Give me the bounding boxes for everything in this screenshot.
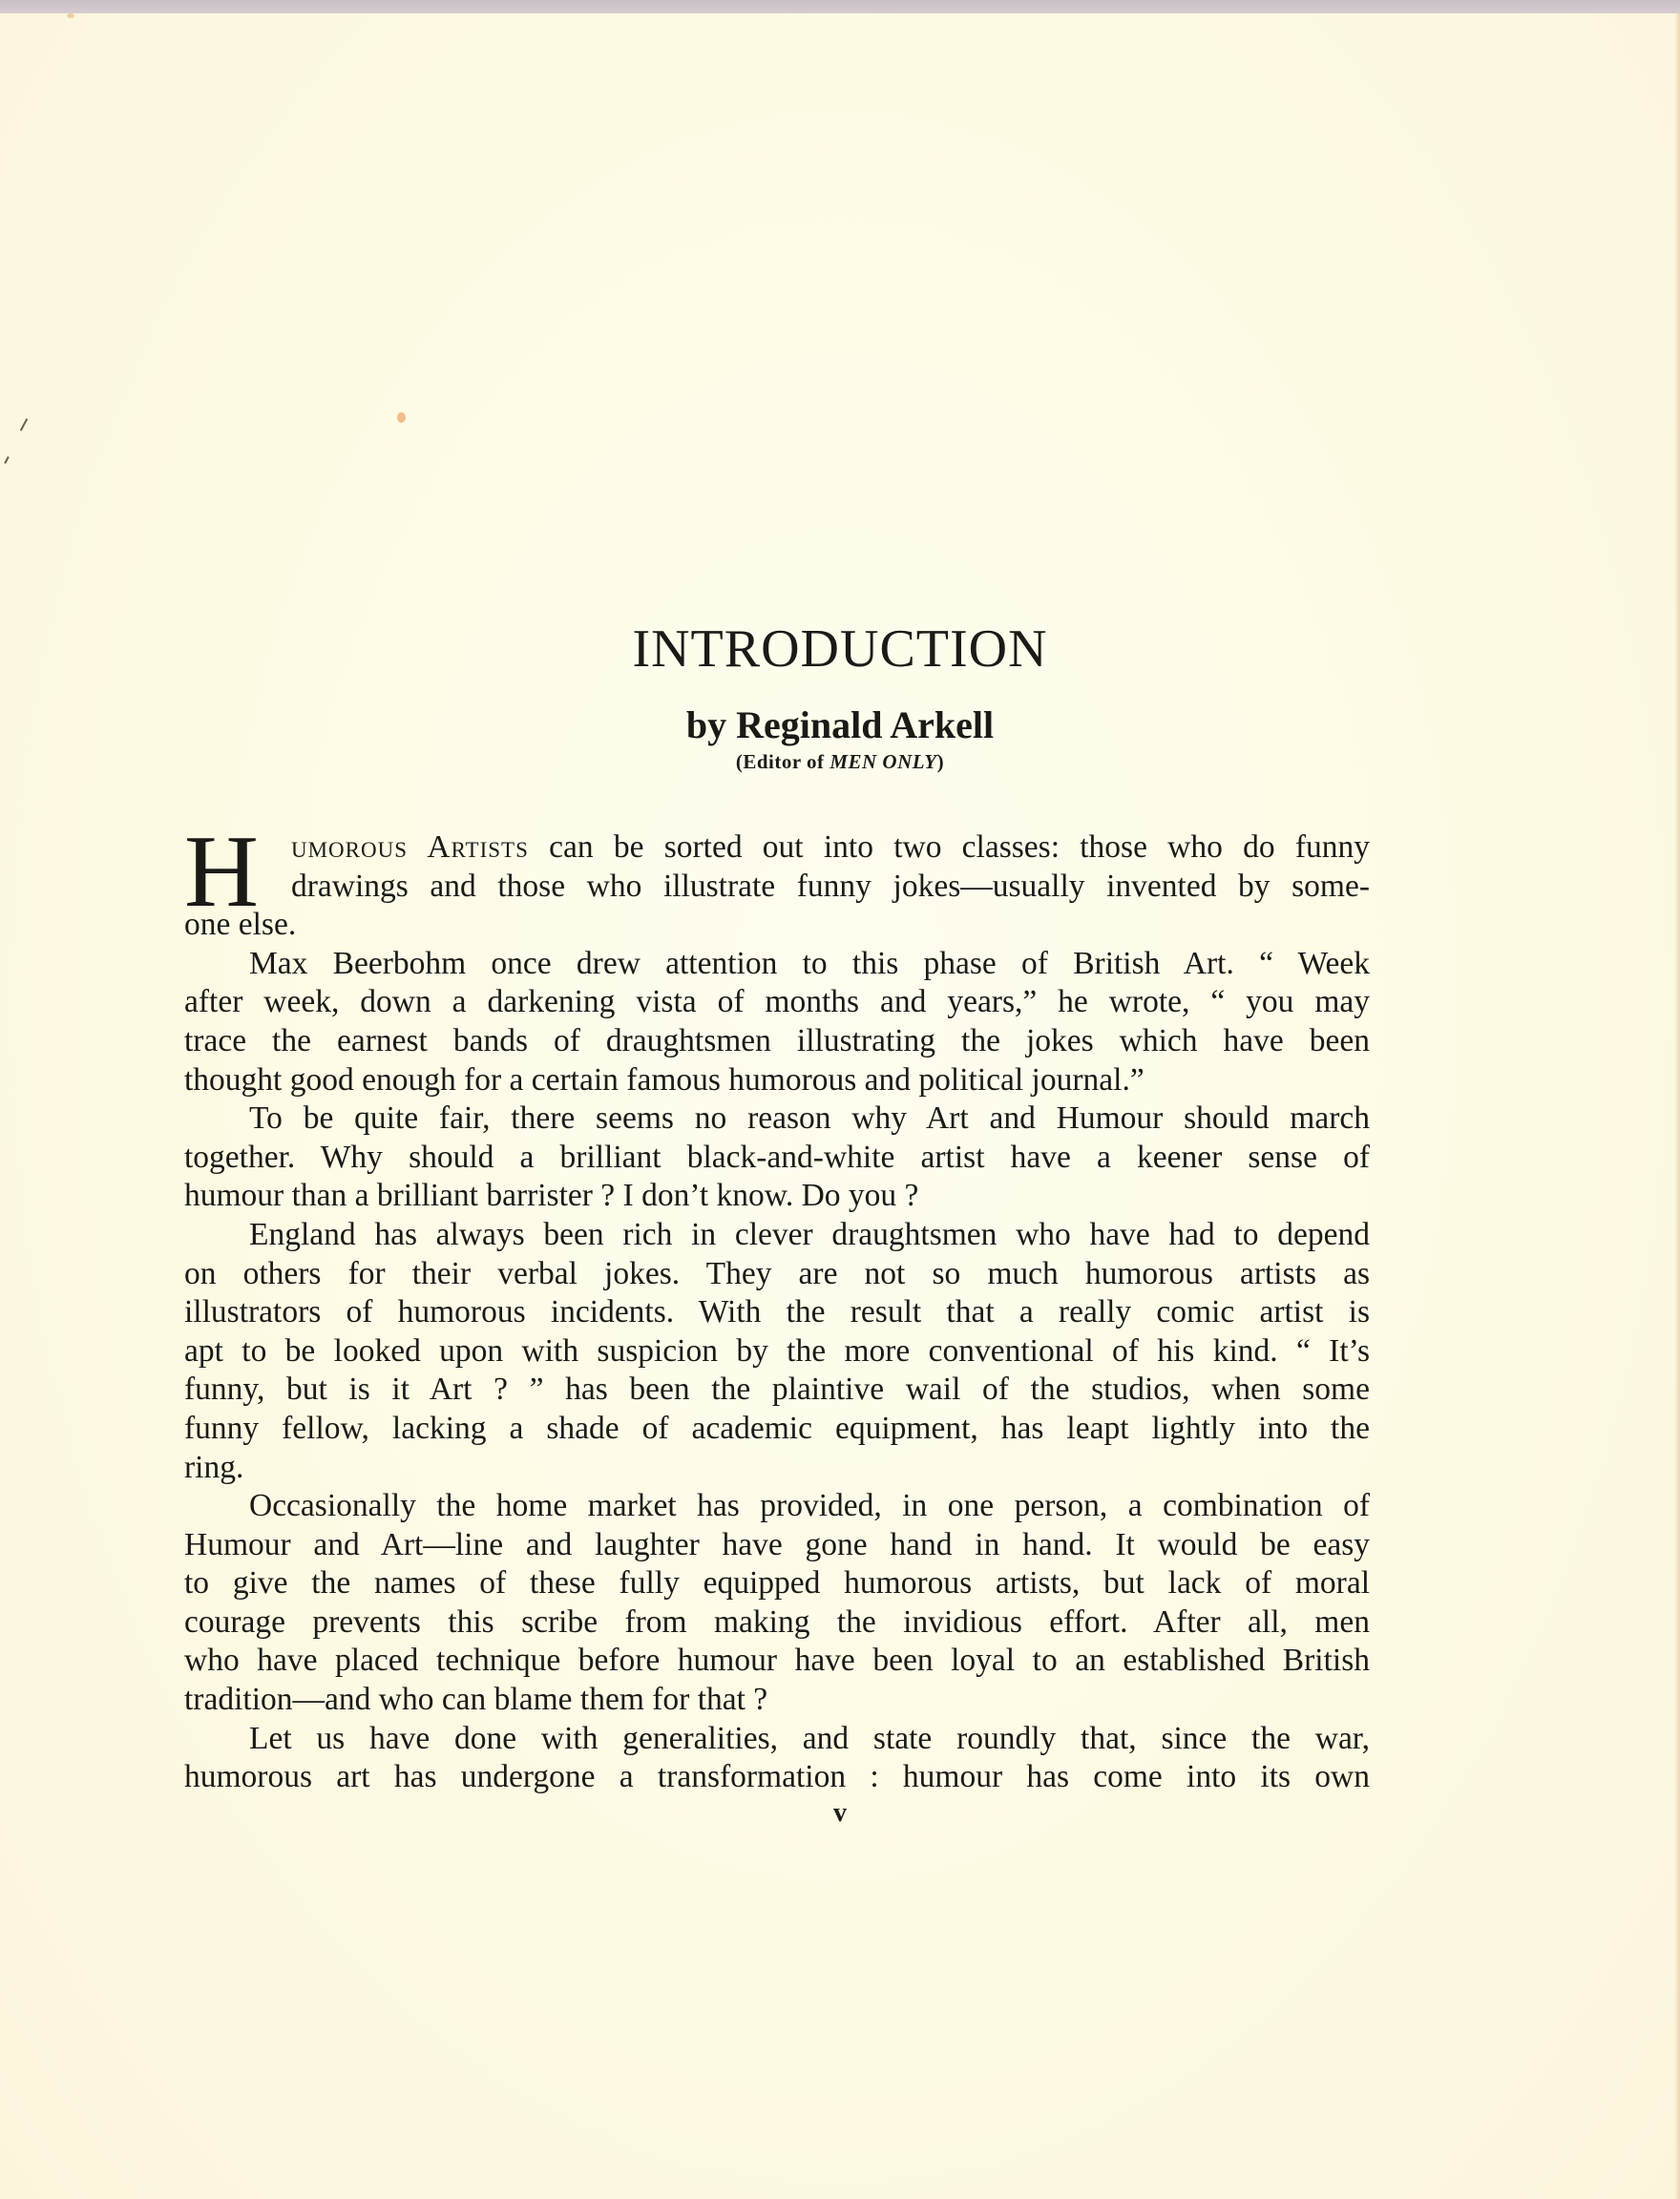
text-line: funny, but is it Art ? ” has been the pl…	[184, 1371, 1370, 1410]
editor-suffix: )	[937, 750, 945, 773]
text-line: umorous Artists can be sorted out into t…	[184, 828, 1370, 868]
scan-top-edge	[0, 0, 1680, 13]
text-line: To be quite fair, there seems no reason …	[184, 1099, 1370, 1139]
text-line: funny fellow, lacking a shade of academi…	[184, 1410, 1370, 1449]
paragraph-5: Occasionally the home market has provide…	[184, 1487, 1370, 1720]
paragraph-4: England has always been rich in clever d…	[184, 1216, 1370, 1487]
text-line: Humour and Art—line and laughter have go…	[184, 1526, 1370, 1565]
text-line: drawings and those who illustrate funny …	[184, 868, 1370, 907]
author-byline: by Reginald Arkell	[0, 702, 1680, 747]
paragraph-2: Max Beerbohm once drew attention to this…	[184, 945, 1370, 1099]
editor-prefix: (Editor of	[736, 750, 829, 773]
text-line: England has always been rich in clever d…	[184, 1216, 1370, 1255]
text-line: tradition—and who can blame them for tha…	[184, 1681, 1370, 1720]
page-right-edge	[1674, 13, 1680, 2199]
paragraph-1: H umorous Artists can be sorted out into…	[184, 828, 1370, 945]
drop-cap: H	[184, 834, 259, 912]
paragraph-6: Let us have done with generalities, and …	[184, 1720, 1370, 1797]
text-line: who have placed technique before humour …	[184, 1642, 1370, 1681]
text-line: after week, down a darkening vista of mo…	[184, 983, 1370, 1022]
text-line: ring.	[184, 1449, 1370, 1488]
text-line: together. Why should a brilliant black-a…	[184, 1139, 1370, 1178]
text-line: illustrators of humorous incidents. With…	[184, 1293, 1370, 1332]
text-line: to give the names of these fully equippe…	[184, 1564, 1370, 1603]
text-line: trace the earnest bands of draughtsmen i…	[184, 1022, 1370, 1061]
article-body: H umorous Artists can be sorted out into…	[184, 828, 1370, 1797]
page-title: INTRODUCTION	[0, 618, 1680, 680]
text-line: on others for their verbal jokes. They a…	[184, 1255, 1370, 1294]
paper-stain	[397, 412, 406, 423]
text-line: courage prevents this scribe from making…	[184, 1603, 1370, 1643]
text-line: humorous art has undergone a transformat…	[184, 1758, 1370, 1797]
text-line: Max Beerbohm once drew attention to this…	[184, 945, 1370, 984]
small-caps-lead: umorous Artists	[291, 829, 529, 865]
text-line: thought good enough for a certain famous…	[184, 1061, 1370, 1100]
text-line: humour than a brilliant barrister ? I do…	[184, 1177, 1370, 1216]
text-line: Occasionally the home market has provide…	[184, 1487, 1370, 1526]
paragraph-3: To be quite fair, there seems no reason …	[184, 1099, 1370, 1216]
text-line: one else.	[184, 906, 1370, 945]
paper-stain	[67, 13, 74, 18]
page-number: v	[0, 1798, 1680, 1829]
author-affiliation: (Editor of MEN ONLY)	[0, 750, 1680, 774]
text-line: Let us have done with generalities, and …	[184, 1720, 1370, 1759]
publication-name: MEN ONLY	[829, 750, 936, 773]
text-line: apt to be looked upon with suspicion by …	[184, 1332, 1370, 1372]
